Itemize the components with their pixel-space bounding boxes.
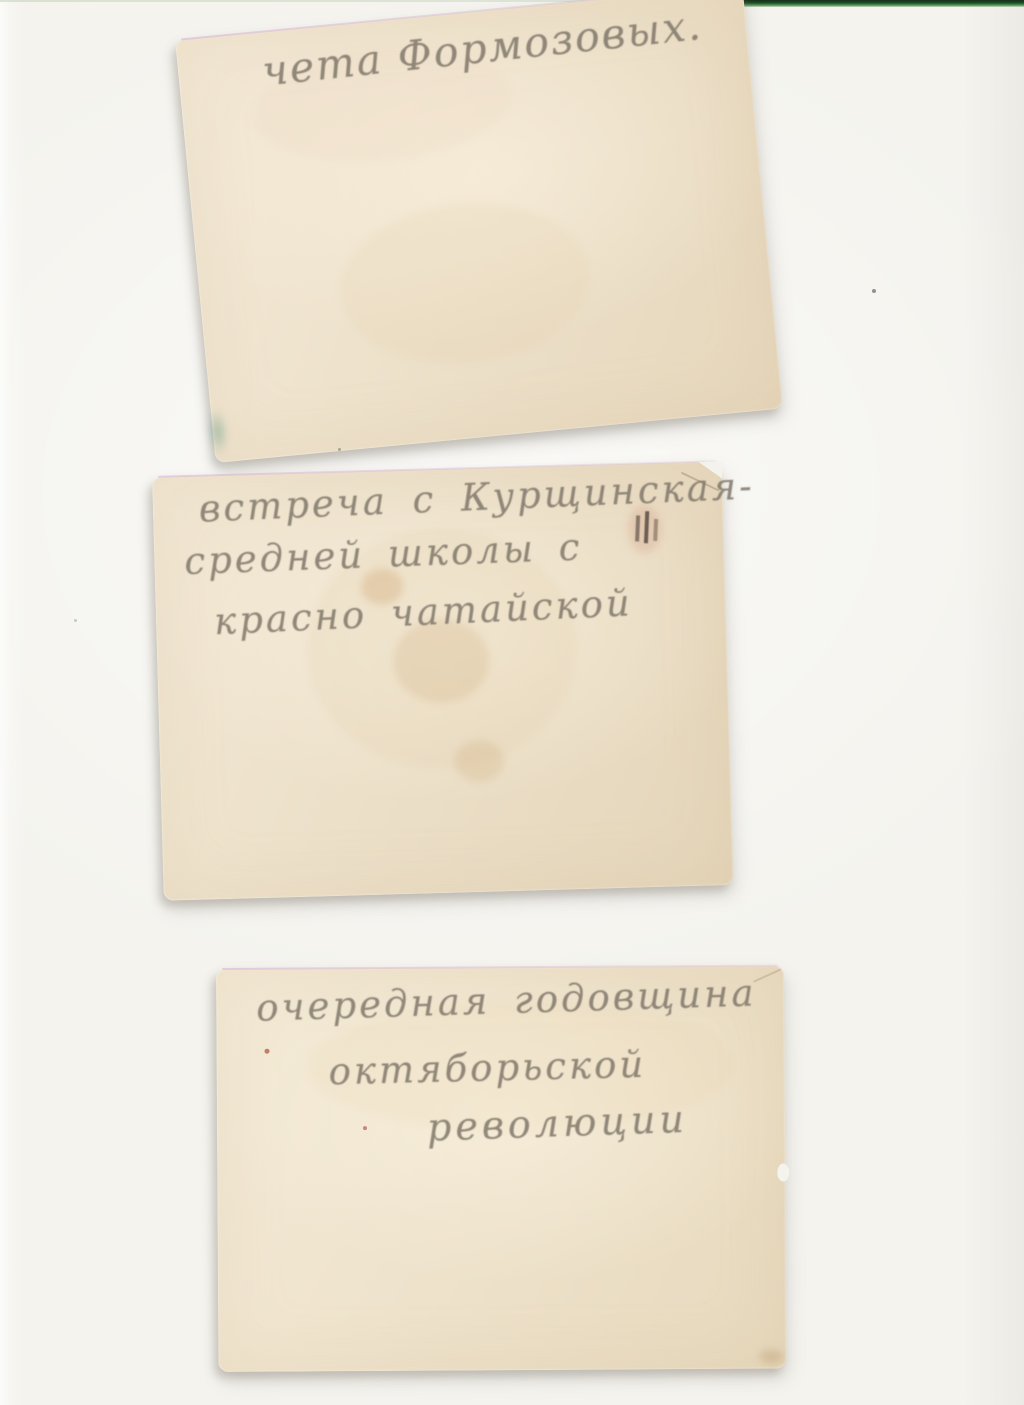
stain — [333, 192, 597, 375]
red-speck — [264, 1049, 269, 1054]
corner-stain — [759, 1350, 783, 1364]
corner-crease — [753, 969, 781, 983]
handwriting-line: встреча с Курщинская- — [198, 464, 755, 530]
ink-smudge — [205, 407, 230, 457]
handwriting-line: октяборьской — [328, 1043, 647, 1093]
green-strip — [735, 0, 1024, 7]
scanned-page: чета Формозовых. встреча с Курщинская- с… — [0, 0, 1024, 1405]
handwriting-line: революции — [426, 1097, 688, 1150]
dust-speck — [74, 619, 77, 622]
photo-back-card-bottom: очередная годовщина октяборьской революц… — [216, 966, 786, 1372]
edge-notch — [777, 1164, 789, 1182]
dust-speck — [872, 289, 876, 293]
stain — [453, 739, 504, 782]
dust-speck — [338, 448, 341, 451]
photo-back-card-top: чета Формозовых. — [175, 0, 783, 463]
photo-back-card-middle: встреча с Курщинская- средней школы с кр… — [152, 461, 734, 901]
red-speck — [363, 1126, 367, 1130]
